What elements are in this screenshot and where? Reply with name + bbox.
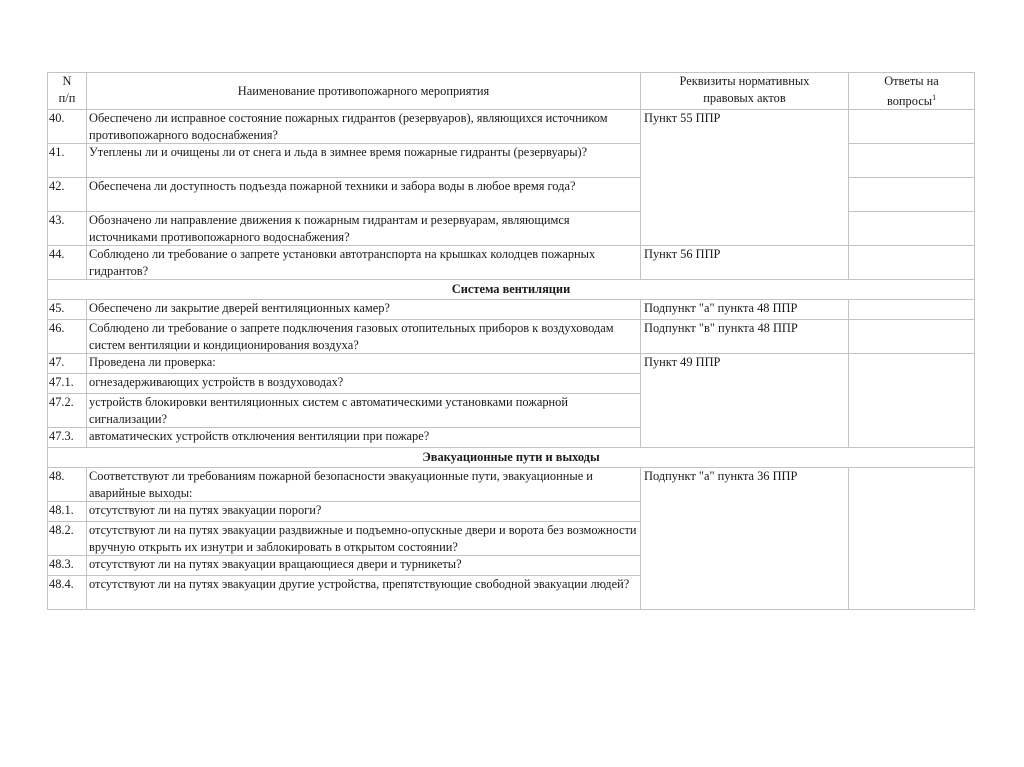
row-number: 48.1. xyxy=(48,502,87,522)
row-question: Соблюдено ли требование о запрете устано… xyxy=(87,246,641,280)
row-number: 41. xyxy=(48,144,87,178)
row-question: Обеспечено ли исправное состояние пожарн… xyxy=(87,110,641,144)
row-legal-ref: Подпункт "а" пункта 36 ППР xyxy=(641,468,849,610)
header-number-line1: N xyxy=(63,74,72,88)
answer-cell[interactable] xyxy=(849,320,975,354)
answer-cell[interactable] xyxy=(849,468,975,610)
header-legal-refs-line1: Реквизиты нормативных xyxy=(680,74,810,88)
header-answers-line2: вопросы xyxy=(887,94,932,108)
row-question: Обозначено ли направление движения к пож… xyxy=(87,212,641,246)
row-legal-ref: Пункт 56 ППР xyxy=(641,246,849,280)
header-answers-line1: Ответы на xyxy=(884,74,939,88)
table-row: 47. Проведена ли проверка: Пункт 49 ППР xyxy=(48,354,975,374)
row-question: Утеплены ли и очищены ли от снега и льда… xyxy=(87,144,641,178)
footnote-marker: 1 xyxy=(932,93,936,102)
section-title-ventilation: Система вентиляции xyxy=(48,280,975,300)
row-number: 48.2. xyxy=(48,522,87,556)
row-question: отсутствуют ли на путях эвакуации другие… xyxy=(87,576,641,610)
row-question: отсутствуют ли на путях эвакуации вращаю… xyxy=(87,556,641,576)
row-legal-ref: Пункт 49 ППР xyxy=(641,354,849,448)
table-row: 40. Обеспечено ли исправное состояние по… xyxy=(48,110,975,144)
section-row: Система вентиляции xyxy=(48,280,975,300)
answer-cell[interactable] xyxy=(849,212,975,246)
row-legal-ref: Подпункт "в" пункта 48 ППР xyxy=(641,320,849,354)
answer-cell[interactable] xyxy=(849,246,975,280)
row-number: 42. xyxy=(48,178,87,212)
answer-cell[interactable] xyxy=(849,354,975,448)
row-legal-ref: Пункт 55 ППР xyxy=(641,110,849,246)
row-question: Обеспечено ли закрытие дверей вентиляцио… xyxy=(87,300,641,320)
row-question: устройств блокировки вентиляционных сист… xyxy=(87,394,641,428)
answer-cell[interactable] xyxy=(849,110,975,144)
answer-cell[interactable] xyxy=(849,178,975,212)
row-number: 47.3. xyxy=(48,428,87,448)
header-legal-refs-line2: правовых актов xyxy=(703,91,785,105)
row-question: Соблюдено ли требование о запрете подклю… xyxy=(87,320,641,354)
section-row: Эвакуационные пути и выходы xyxy=(48,448,975,468)
table-row: 45. Обеспечено ли закрытие дверей вентил… xyxy=(48,300,975,320)
answer-cell[interactable] xyxy=(849,144,975,178)
row-question: отсутствуют ли на путях эвакуации пороги… xyxy=(87,502,641,522)
row-number: 47. xyxy=(48,354,87,374)
row-question: Проведена ли проверка: xyxy=(87,354,641,374)
checklist-document: N п/п Наименование противопожарного меро… xyxy=(47,72,974,610)
row-question: Соответствуют ли требованиям пожарной бе… xyxy=(87,468,641,502)
table-header-row: N п/п Наименование противопожарного меро… xyxy=(48,73,975,110)
row-number: 47.1. xyxy=(48,374,87,394)
header-measure-name: Наименование противопожарного мероприяти… xyxy=(87,73,641,110)
header-number-line2: п/п xyxy=(59,91,76,105)
section-title-evacuation: Эвакуационные пути и выходы xyxy=(48,448,975,468)
row-number: 48.4. xyxy=(48,576,87,610)
row-question: огнезадерживающих устройств в воздуховод… xyxy=(87,374,641,394)
row-question: Обеспечена ли доступность подъезда пожар… xyxy=(87,178,641,212)
fire-safety-checklist-table: N п/п Наименование противопожарного меро… xyxy=(47,72,975,610)
row-number: 48.3. xyxy=(48,556,87,576)
row-number: 45. xyxy=(48,300,87,320)
row-number: 47.2. xyxy=(48,394,87,428)
table-row: 46. Соблюдено ли требование о запрете по… xyxy=(48,320,975,354)
row-number: 40. xyxy=(48,110,87,144)
row-number: 44. xyxy=(48,246,87,280)
header-answers: Ответы на вопросы1 xyxy=(849,73,975,110)
table-row: 44. Соблюдено ли требование о запрете ус… xyxy=(48,246,975,280)
row-number: 43. xyxy=(48,212,87,246)
row-number: 46. xyxy=(48,320,87,354)
answer-cell[interactable] xyxy=(849,300,975,320)
header-legal-refs: Реквизиты нормативных правовых актов xyxy=(641,73,849,110)
row-question: отсутствуют ли на путях эвакуации раздви… xyxy=(87,522,641,556)
header-number: N п/п xyxy=(48,73,87,110)
row-number: 48. xyxy=(48,468,87,502)
table-row: 48. Соответствуют ли требованиям пожарно… xyxy=(48,468,975,502)
row-legal-ref: Подпункт "а" пункта 48 ППР xyxy=(641,300,849,320)
row-question: автоматических устройств отключения вент… xyxy=(87,428,641,448)
